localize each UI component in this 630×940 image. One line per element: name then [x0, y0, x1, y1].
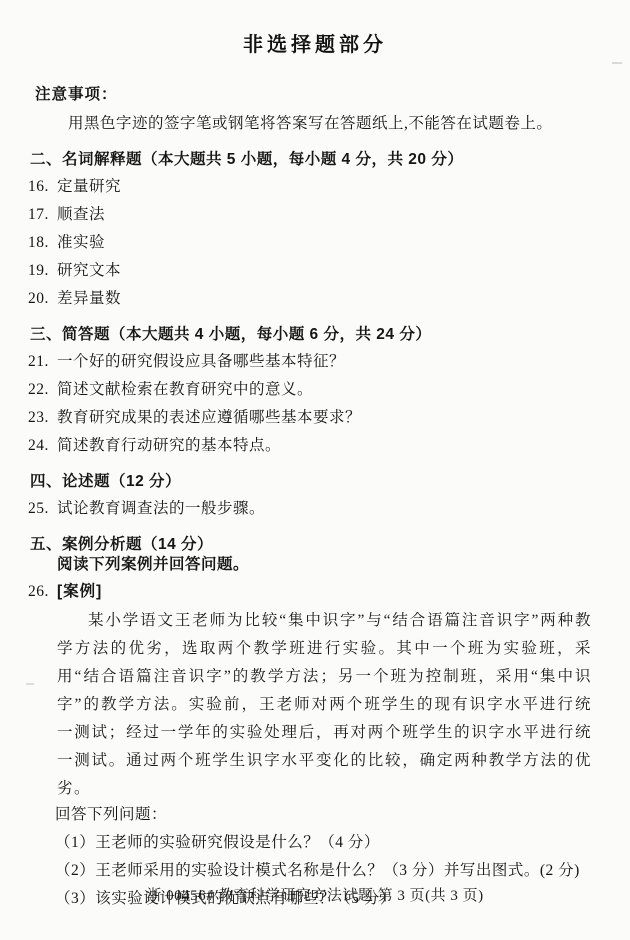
question-number: 25.	[28, 500, 57, 518]
page-title: 非选择题部分	[0, 0, 630, 57]
question-number: 20.	[28, 290, 57, 308]
question-item-21: 21.一个好的研究假设应具备哪些基本特征？	[28, 353, 600, 371]
notice-text: 用黑色字迹的签字笔或钢笔将答案写在答题纸上,不能答在试题卷上。	[68, 111, 592, 133]
question-number: 24.	[28, 437, 57, 455]
question-number: 22.	[28, 381, 57, 399]
section-heading-short-answer: 三、简答题（本大题共 4 小题，每小题 6 分，共 24 分）	[30, 325, 600, 345]
page-footer: 浙 00456# 教育科学研究方法试题 第 3 页(共 3 页)	[0, 884, 630, 905]
question-text: 研究文本	[57, 262, 121, 279]
case-paragraph: 某小学语文王老师为比较“集中识字”与“结合语篇注音识字”两种教学方法的优劣，选取…	[57, 607, 592, 803]
question-item-24: 24.简述教育行动研究的基本特点。	[28, 437, 600, 455]
exam-paper-page: 非选择题部分 注意事项： 用黑色字迹的签字笔或钢笔将答案写在答题纸上,不能答在试…	[0, 0, 630, 940]
question-number: 16.	[28, 178, 57, 196]
question-text: 顺查法	[57, 206, 105, 223]
question-item-25: 25.试论教育调查法的一般步骤。	[28, 500, 600, 518]
answer-prompt: 回答下列问题：	[55, 805, 600, 825]
question-item-19: 19.研究文本	[28, 262, 600, 280]
question-text: 一个好的研究假设应具备哪些基本特征？	[57, 353, 345, 370]
question-number: 18.	[28, 234, 57, 252]
question-item-18: 18.准实验	[28, 234, 600, 252]
question-number: 21.	[28, 353, 57, 371]
question-text: 试论教育调查法的一般步骤。	[57, 500, 265, 517]
question-number: 19.	[28, 262, 57, 280]
question-text: 准实验	[57, 234, 105, 251]
notice-label: 注意事项：	[35, 82, 630, 104]
section-heading-glossary: 二、名词解释题（本大题共 5 小题，每小题 4 分，共 20 分）	[30, 150, 600, 170]
question-number: 23.	[28, 409, 57, 427]
question-text: 教育研究成果的表述应遵循哪些基本要求？	[57, 409, 361, 426]
question-text: 简述文献检索在教育研究中的意义。	[57, 381, 313, 398]
case-subquestion-2: （2）王老师采用的实验设计模式名称是什么？（3 分）并写出图式。(2 分)	[55, 862, 600, 880]
section-heading-case-analysis: 五、案例分析题（14 分）	[30, 535, 600, 555]
question-item-17: 17.顺查法	[28, 206, 600, 224]
question-item-26: 26.[案例]	[28, 583, 600, 601]
case-subquestion-1: （1）王老师的实验研究假设是什么？（4 分）	[55, 834, 600, 852]
scan-artifact	[26, 683, 34, 685]
question-number: 17.	[28, 206, 57, 224]
question-text: 简述教育行动研究的基本特点。	[57, 437, 281, 454]
question-number: 26.	[28, 583, 57, 601]
question-text: 差异量数	[57, 290, 121, 307]
question-item-16: 16.定量研究	[28, 178, 600, 196]
question-item-20: 20.差异量数	[28, 290, 600, 308]
case-instruction: 阅读下列案例并回答问题。	[57, 555, 600, 575]
question-text: 定量研究	[57, 178, 121, 195]
question-item-22: 22.简述文献检索在教育研究中的意义。	[28, 381, 600, 399]
scan-artifact	[612, 62, 622, 64]
question-item-23: 23.教育研究成果的表述应遵循哪些基本要求？	[28, 409, 600, 427]
section-heading-essay: 四、论述题（12 分）	[30, 472, 600, 492]
case-label: [案例]	[57, 583, 102, 600]
